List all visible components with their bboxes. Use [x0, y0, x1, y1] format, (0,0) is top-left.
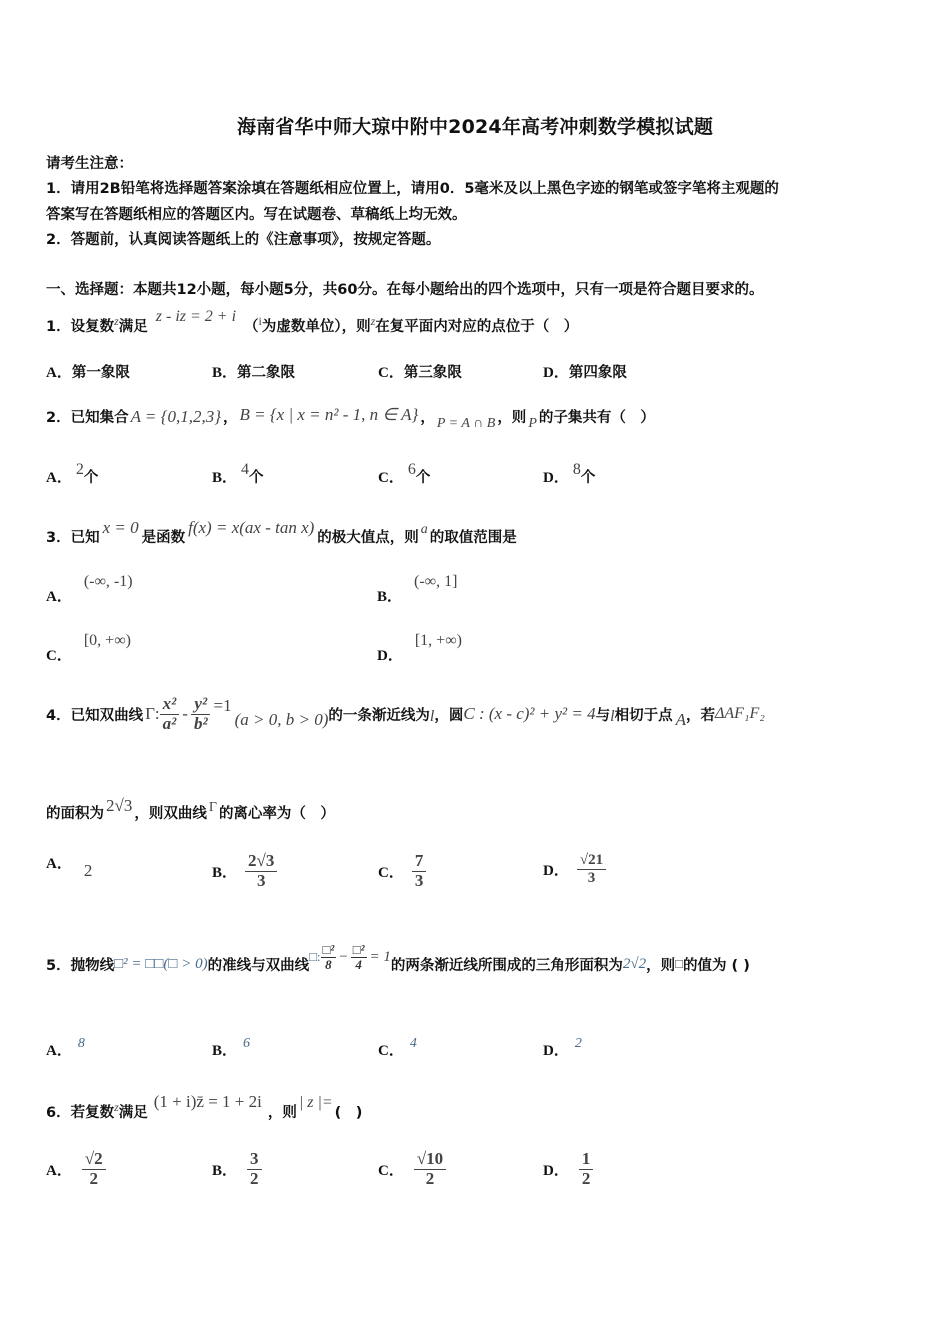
q2-text: ，则 [497, 410, 526, 426]
q4-text: 的一条渐近线为 [328, 704, 430, 725]
q4-point-a: A [676, 710, 686, 730]
q5-option-b[interactable]: B．6 [212, 1031, 250, 1052]
option-label: D． [377, 648, 403, 664]
q4-text: 的离心率为（ ） [219, 806, 335, 822]
numerator: 3 [247, 1150, 262, 1170]
q6-text: 若复数 [71, 1105, 115, 1121]
option-label: A． [46, 1043, 72, 1059]
option-label: B． [212, 861, 237, 882]
q4-option-d[interactable]: D．√213 [543, 852, 606, 886]
option-unit: 个 [84, 470, 99, 486]
q1-number: 1． [46, 319, 71, 335]
option-label: D． [543, 365, 569, 381]
option-unit: 个 [416, 470, 431, 486]
option-label: C． [378, 1043, 404, 1059]
option-value: 6 [408, 461, 416, 478]
q3-condition: x = 0 [103, 518, 139, 537]
q3-option-c[interactable]: C．[0, +∞) [46, 629, 131, 650]
numerator: √2 [82, 1150, 106, 1170]
option-unit: 个 [249, 470, 264, 486]
q4-var-l: l [430, 708, 434, 726]
q2-text: 已知集合 [71, 410, 129, 426]
q2-option-b[interactable]: B．4个 [212, 458, 264, 479]
option-fraction: 2√33 [245, 852, 277, 890]
q3-text: 的极大值点，则 [317, 530, 419, 546]
option-value: 2 [76, 461, 84, 478]
q6-option-d[interactable]: D．12 [543, 1150, 593, 1188]
denominator: b² [191, 715, 211, 734]
q4-condition: (a > 0, b > 0) [235, 710, 329, 730]
q5-text: 的准线与双曲线 [208, 954, 310, 975]
q6-text: ( ) [335, 1105, 363, 1121]
question-2: 2．已知集合A = {0,1,2,3}，B = {x | x = n² - 1,… [46, 406, 655, 427]
q4-text: ，若 [686, 704, 715, 725]
notice-heading: 请考生注意： [46, 152, 133, 173]
q5-text: ，则 [646, 954, 675, 975]
q1-option-b[interactable]: B．第二象限 [212, 361, 295, 382]
q4-circle: C : (x - c)² + y² = 4 [463, 704, 595, 724]
q6-number: 6． [46, 1105, 71, 1121]
q5-area: 2√2 [623, 956, 646, 973]
q5-option-c[interactable]: C．4 [378, 1031, 417, 1052]
q1-option-a[interactable]: A．第一象限 [46, 361, 130, 382]
q5-equals-one: = 1 [370, 949, 391, 966]
q2-option-d[interactable]: D．8个 [543, 458, 595, 479]
q4-option-a[interactable]: A．2 [46, 852, 92, 873]
numerator: 1 [579, 1150, 594, 1170]
question-4-cont: 的面积为2√3，则双曲线Γ的离心率为（ ） [46, 802, 335, 823]
numerator: □² [321, 943, 337, 958]
q6-modulus: | z |= [299, 1094, 333, 1111]
question-6: 6．若复数z满足(1 + i)z̄ = 1 + 2i，则| z |=( ) [46, 1100, 362, 1122]
q4-equals-one: =1 [214, 696, 232, 716]
option-value: 8 [78, 1036, 85, 1051]
q4-triangle: ΔAF₁F₂ [715, 705, 765, 723]
notice-item-1-cont: 答案写在答题纸相应的答题区内。写在试题卷、草稿纸上均无效。 [46, 203, 467, 224]
q4-text: 已知双曲线 [71, 704, 144, 725]
option-label: B． [377, 589, 402, 605]
q5-option-a[interactable]: A．8 [46, 1031, 85, 1052]
q4-var-l: l [610, 708, 614, 726]
q4-frac-y: y²b² [191, 695, 211, 733]
q3-option-b[interactable]: B．(-∞, 1] [377, 570, 457, 591]
q5-var-placeholder: □ [675, 956, 683, 972]
q2-set-p: P = A ∩ B [437, 416, 495, 431]
q1-equation: z - iz = 2 + i [156, 308, 236, 325]
q4-frac-x: x²a² [160, 695, 180, 733]
option-label: A． [46, 852, 72, 873]
option-fraction: 12 [579, 1150, 594, 1188]
q4-text: 相切于点 [615, 704, 673, 725]
q2-text: ， [420, 410, 435, 426]
notice-item-1: 1．请用2B铅笔将选择题答案涂填在答题纸相应位置上，请用0．5毫米及以上黑色字迹… [46, 177, 779, 198]
option-value: [0, +∞) [84, 632, 131, 649]
option-label: A． [46, 470, 72, 486]
q4-text: ，圆 [434, 704, 463, 725]
option-value: 6 [243, 1036, 250, 1051]
question-1: 1．设复数z满足z - iz = 2 + i（i为虚数单位），则z在复平面内对应… [46, 314, 578, 336]
numerator: 7 [412, 852, 427, 872]
q1-text: 满足 [119, 319, 148, 335]
option-label: A． [46, 365, 72, 381]
question-4: 4．已知双曲线 Γ: x²a² - y²b² =1 (a > 0, b > 0)… [46, 695, 765, 733]
option-value: 4 [410, 1036, 417, 1051]
q1-text: 设复数 [71, 319, 115, 335]
option-label: D． [543, 859, 569, 880]
q3-text: 已知 [71, 530, 100, 546]
q1-text: 在复平面内对应的点位于（ ） [375, 319, 578, 335]
q4-gamma: Γ: [145, 704, 160, 724]
q2-option-a[interactable]: A．2个 [46, 458, 98, 479]
q5-frac-2: □²4 [351, 943, 367, 971]
q2-text: 的子集共有（ ） [539, 410, 655, 426]
q5-hyperbola-name: □: [309, 949, 320, 965]
numerator: √21 [577, 852, 606, 870]
q2-text: ， [223, 410, 238, 426]
option-fraction: √213 [577, 852, 606, 886]
q3-option-d[interactable]: D．[1, +∞) [377, 629, 462, 650]
q4-text: 的面积为 [46, 806, 104, 822]
q3-text: 是函数 [142, 530, 186, 546]
q2-var-p: P [528, 416, 537, 431]
q6-option-b[interactable]: B．32 [212, 1150, 262, 1188]
option-fraction: 32 [247, 1150, 262, 1188]
option-label: A． [46, 1159, 72, 1180]
q1-text: 为虚数单位），则 [262, 319, 371, 335]
option-value: 4 [241, 461, 249, 478]
q5-text: 抛物线 [71, 954, 115, 975]
denominator: 4 [355, 958, 362, 972]
option-label: C． [378, 365, 404, 381]
q1-option-d[interactable]: D．第四象限 [543, 361, 627, 382]
q2-set-a: A = {0,1,2,3} [131, 407, 221, 426]
q6-text: ，则 [268, 1105, 297, 1121]
option-label: B． [212, 470, 237, 486]
q4-text: 与 [596, 704, 611, 725]
q5-text: 的两条渐近线所围成的三角形面积为 [391, 954, 623, 975]
option-value: 2 [84, 861, 93, 881]
option-unit: 个 [581, 470, 596, 486]
option-label: C． [378, 470, 404, 486]
section-heading: 一、选择题：本题共12小题，每小题5分，共60分。在每小题给出的四个选项中，只有… [46, 278, 763, 299]
option-fraction: √102 [414, 1150, 446, 1188]
q6-text: 满足 [119, 1105, 148, 1121]
option-value: (-∞, -1) [84, 573, 133, 590]
option-label: C． [378, 1159, 404, 1180]
q4-option-c[interactable]: C．73 [378, 852, 426, 890]
q3-function: f(x) = x(ax - tan x) [188, 518, 314, 537]
option-value: 第四象限 [569, 365, 627, 381]
q1-option-c[interactable]: C．第三象限 [378, 361, 462, 382]
option-value: 第二象限 [237, 365, 295, 381]
option-fraction: √22 [82, 1150, 106, 1188]
q3-var-a: a [421, 522, 428, 537]
option-label: D． [543, 470, 569, 486]
option-label: B． [212, 1043, 237, 1059]
numerator: √10 [414, 1150, 446, 1170]
option-value: 8 [573, 461, 581, 478]
q5-text: 的值为 ( ) [683, 954, 750, 975]
q5-number: 5． [46, 954, 71, 975]
option-label: A． [46, 589, 72, 605]
q5-minus: − [339, 949, 347, 966]
option-label: C． [378, 861, 404, 882]
denominator: 3 [412, 872, 427, 891]
denominator: 3 [254, 872, 269, 891]
denominator: a² [160, 715, 180, 734]
q5-option-d[interactable]: D．2 [543, 1031, 582, 1052]
numerator: y² [191, 695, 210, 715]
q3-number: 3． [46, 530, 71, 546]
numerator: x² [160, 695, 180, 715]
denominator: 2 [87, 1170, 102, 1189]
page-title: 海南省华中师大琼中附中2024年高考冲刺数学模拟试题 [0, 112, 950, 139]
numerator: □² [351, 943, 367, 958]
option-value: 第一象限 [72, 365, 130, 381]
q3-option-a[interactable]: A．(-∞, -1) [46, 570, 133, 591]
option-label: D． [543, 1159, 569, 1180]
option-label: D． [543, 1043, 569, 1059]
q6-equation: (1 + i)z̄ = 1 + 2i [154, 1092, 262, 1111]
q4-gamma: Γ [209, 800, 217, 815]
denominator: 8 [325, 958, 332, 972]
q4-area: 2√3 [106, 796, 132, 815]
option-label: B． [212, 1159, 237, 1180]
q4-number: 4． [46, 704, 71, 725]
notice-item-2: 2．答题前，认真阅读答题纸上的《注意事项》，按规定答题。 [46, 228, 440, 249]
option-value: 第三象限 [404, 365, 462, 381]
option-label: C． [46, 648, 72, 664]
option-value: [1, +∞) [415, 632, 462, 649]
denominator: 2 [579, 1170, 594, 1189]
question-5: 5．抛物线 □² = □□(□ > 0) 的准线与双曲线 □: □²8 − □²… [46, 950, 750, 978]
option-value: (-∞, 1] [414, 573, 457, 590]
denominator: 2 [423, 1170, 438, 1189]
question-3: 3．已知x = 0是函数f(x) = x(ax - tan x)的极大值点，则a… [46, 526, 517, 547]
q5-parabola: □² = □□(□ > 0) [114, 956, 207, 973]
q4-minus: - [182, 704, 188, 724]
q3-text: 的取值范围是 [430, 530, 517, 546]
q6-option-c[interactable]: C．√102 [378, 1150, 446, 1188]
numerator: 2√3 [245, 852, 277, 872]
q2-option-c[interactable]: C．6个 [378, 458, 430, 479]
denominator: 3 [585, 870, 599, 887]
option-label: B． [212, 365, 237, 381]
option-value: 2 [575, 1036, 582, 1051]
q4-text: ，则双曲线 [134, 806, 207, 822]
q2-set-b: B = {x | x = n² - 1, n ∈ A} [240, 405, 419, 424]
q2-number: 2． [46, 410, 71, 426]
option-fraction: 73 [412, 852, 427, 890]
q6-option-a[interactable]: A．√22 [46, 1150, 106, 1188]
denominator: 2 [247, 1170, 262, 1189]
q1-text: （ [244, 319, 259, 335]
q5-frac-1: □²8 [321, 943, 337, 971]
q4-option-b[interactable]: B．2√33 [212, 852, 277, 890]
